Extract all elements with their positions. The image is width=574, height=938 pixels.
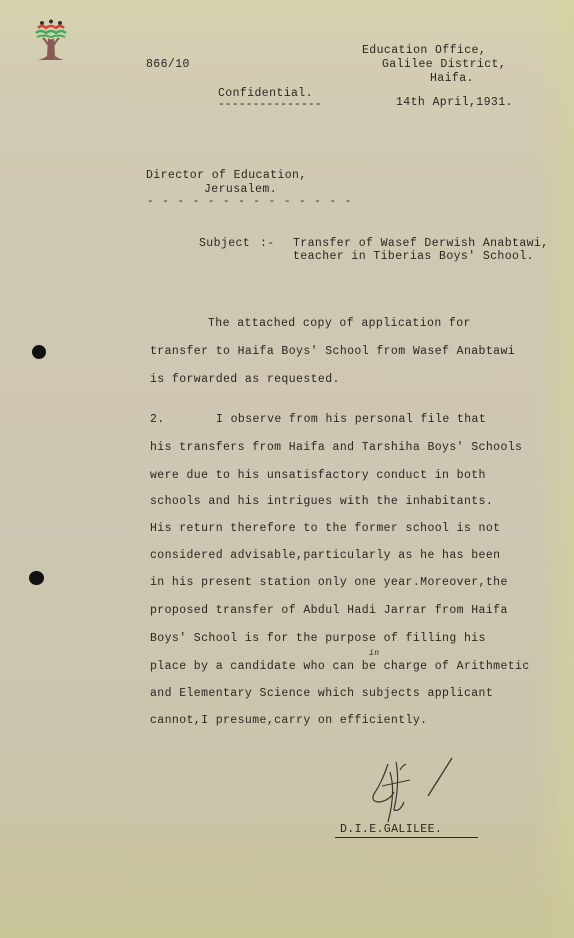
handwritten-insertion: in xyxy=(369,647,379,661)
body-paragraph2-line1: I observe from his personal file that xyxy=(216,413,486,427)
body-paragraph1-line3: is forwarded as requested. xyxy=(150,373,340,387)
reference-number: 866/10 xyxy=(146,58,190,72)
body-paragraph1-line2: transfer to Haifa Boys' School from Wase… xyxy=(150,345,515,359)
subject-line1: Transfer of Wasef Derwish Anabtawi, xyxy=(293,237,549,251)
subject-line2: teacher in Tiberias Boys' School. xyxy=(293,250,534,264)
paragraph2-number: 2. xyxy=(150,413,165,427)
body-paragraph2-line6: considered advisable,particularly as he … xyxy=(150,549,500,563)
punch-hole-lower xyxy=(29,571,44,585)
body-paragraph2-line10: place by a candidate who can be charge o… xyxy=(150,660,530,674)
signature-underline xyxy=(335,837,478,838)
subject-label: Subject xyxy=(199,237,250,251)
handwritten-signature xyxy=(360,752,460,827)
sender-address-line2: Galilee District, xyxy=(382,58,506,72)
tree-logo-icon xyxy=(33,18,69,64)
recipient-underline: - - - - - - - - - - - - - - xyxy=(147,196,352,208)
body-paragraph2-line9: Boys' School is for the purpose of filli… xyxy=(150,632,486,646)
classification-underline: --------------- xyxy=(218,98,322,112)
body-paragraph2-line4: schools and his intrigues with the inhab… xyxy=(150,495,493,509)
body-paragraph2-line2: his transfers from Haifa and Tarshiha Bo… xyxy=(150,441,522,455)
body-paragraph2-line7: in his present station only one year.Mor… xyxy=(150,576,508,590)
signatory-title: D.I.E.GALILEE. xyxy=(340,823,442,837)
body-paragraph2-line11: and Elementary Science which subjects ap… xyxy=(150,687,493,701)
body-paragraph2-line3: were due to his unsatisfactory conduct i… xyxy=(150,469,486,483)
sender-address-line1: Education Office, xyxy=(362,44,486,58)
recipient-line1: Director of Education, xyxy=(146,169,307,183)
paper-aging-top xyxy=(0,0,574,60)
letter-date: 14th April,1931. xyxy=(396,96,513,110)
punch-hole-upper xyxy=(32,345,46,359)
body-paragraph2-line12: cannot,I presume,carry on efficiently. xyxy=(150,714,427,728)
subject-separator: :- xyxy=(260,237,275,251)
sender-address-line3: Haifa. xyxy=(430,72,474,86)
body-paragraph1-line1: The attached copy of application for xyxy=(208,317,471,331)
body-paragraph2-line5: His return therefore to the former schoo… xyxy=(150,522,500,536)
body-paragraph2-line8: proposed transfer of Abdul Hadi Jarrar f… xyxy=(150,604,508,618)
paper-aging-right xyxy=(534,0,574,938)
recipient-line2: Jerusalem. xyxy=(204,183,277,197)
paper-aging-bottom xyxy=(0,828,574,938)
